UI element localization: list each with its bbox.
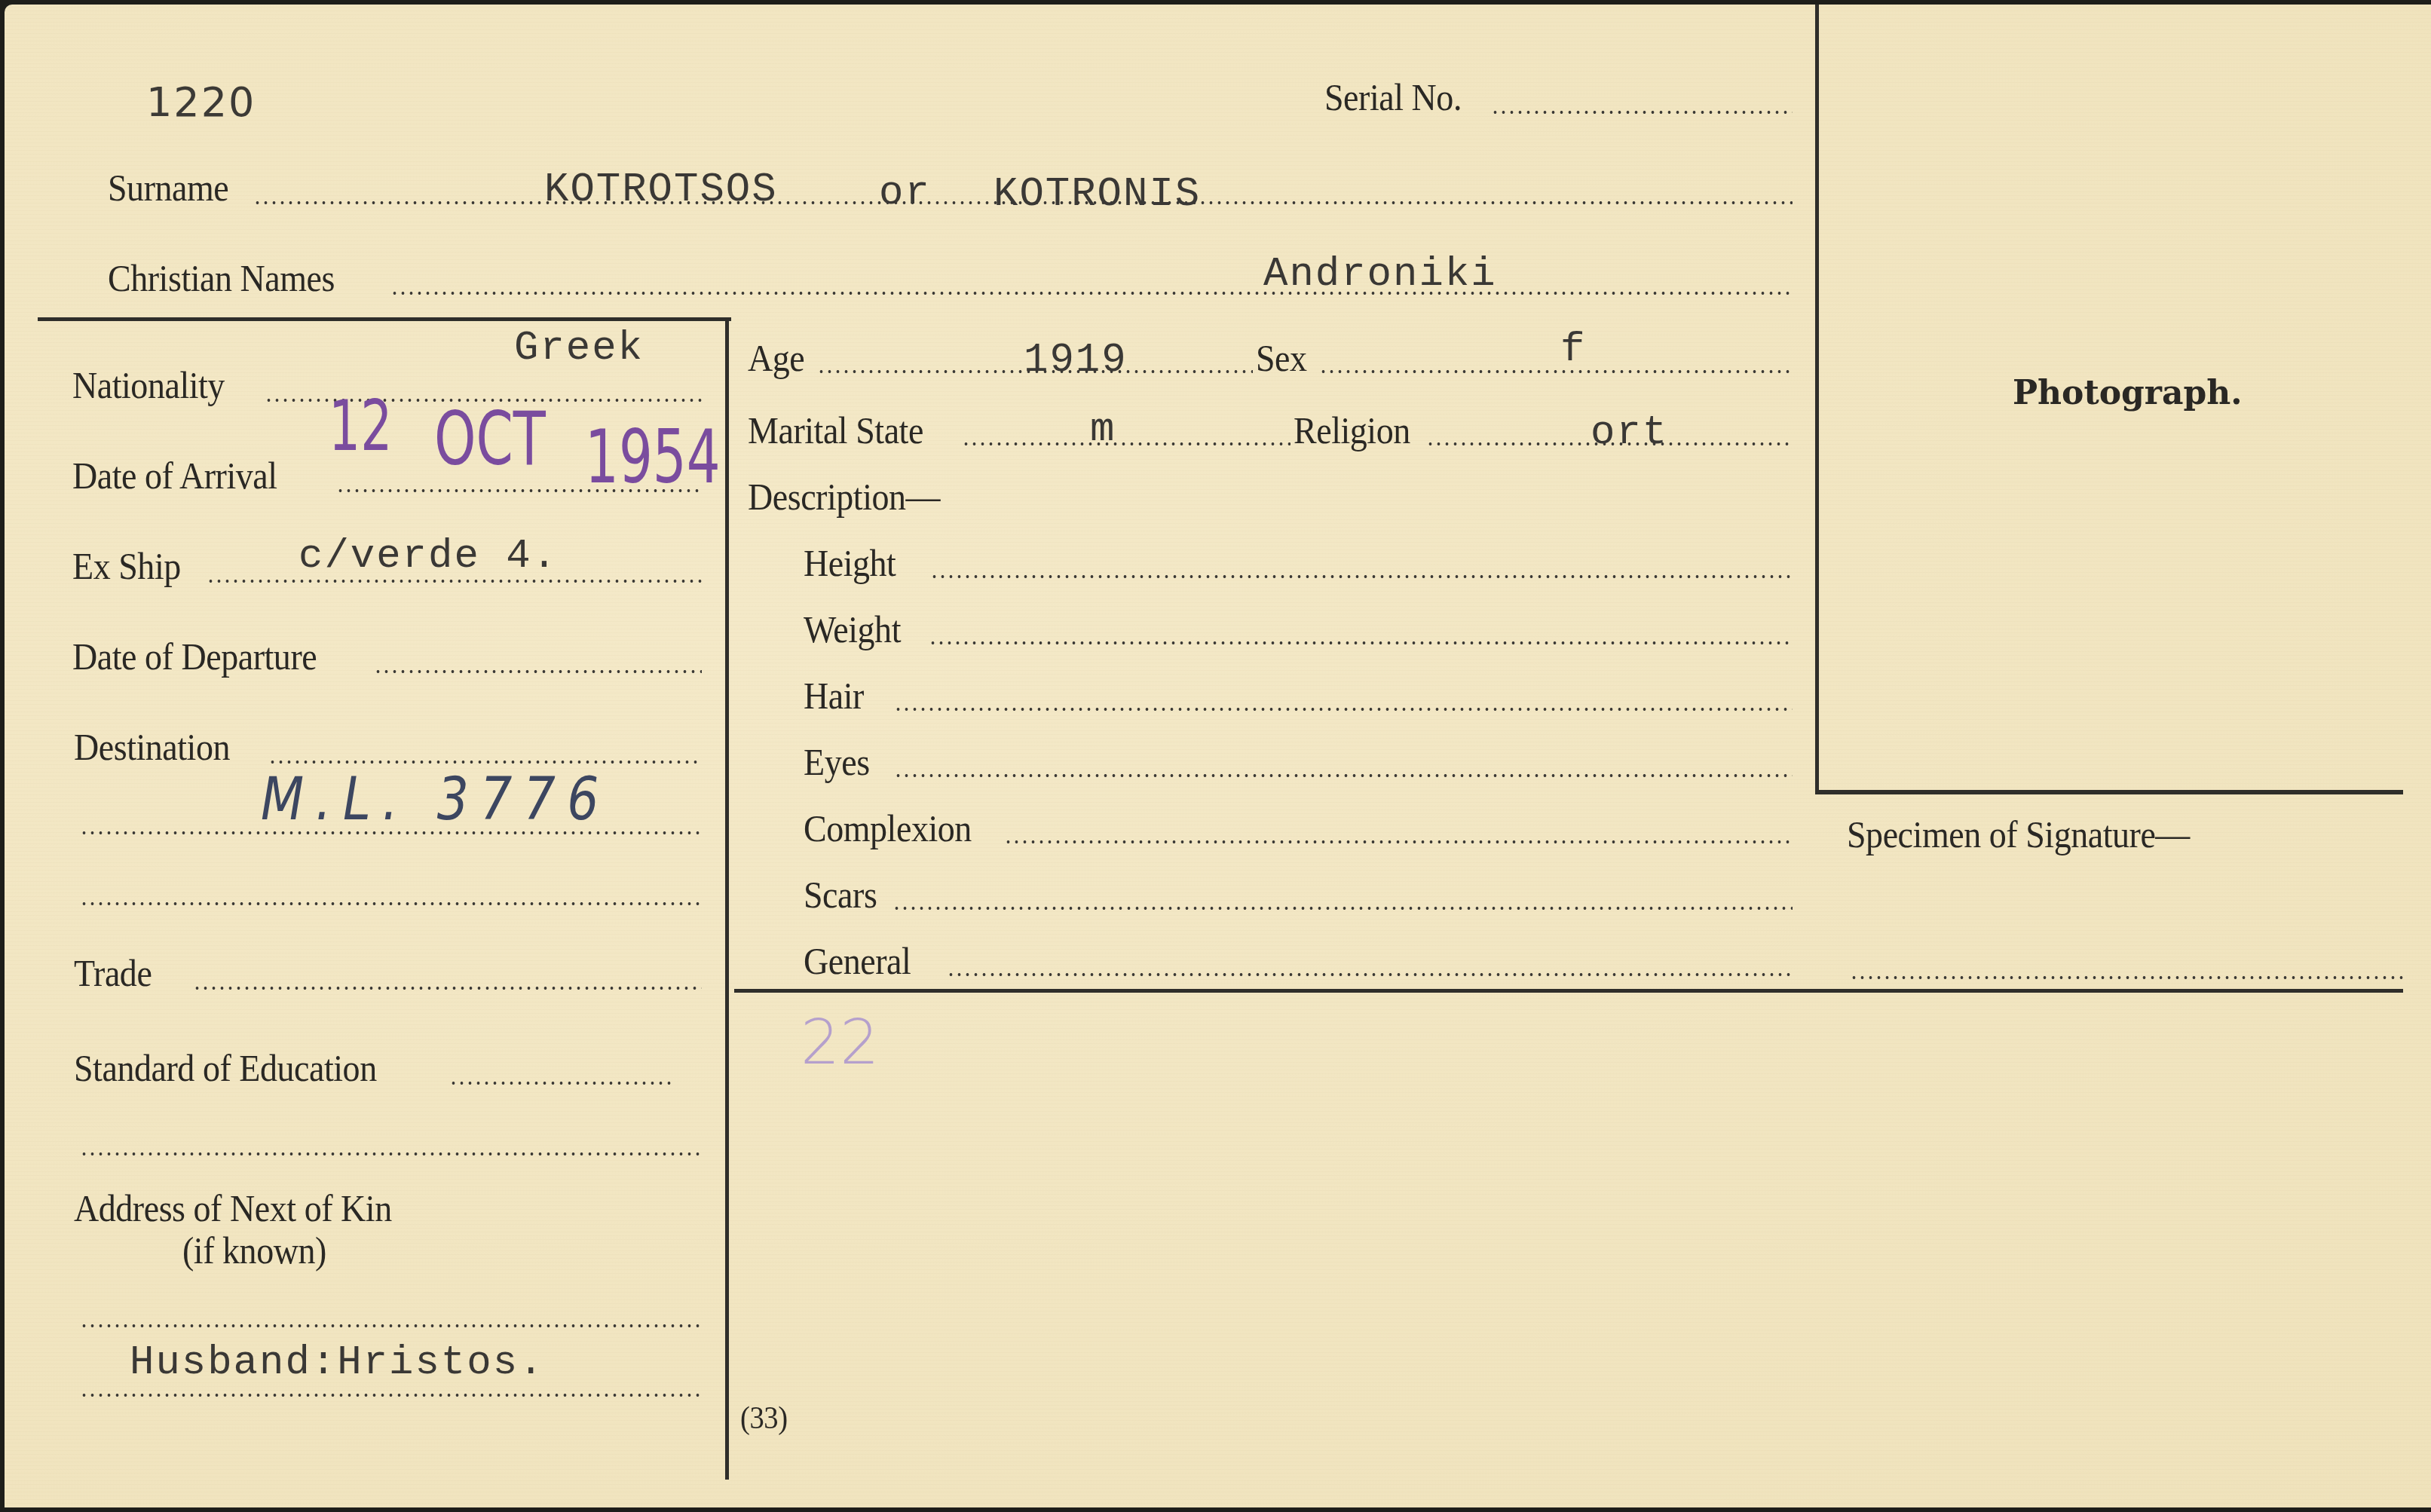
destination-value: M.L. 3776 [261,766,611,834]
photo-box-left-border [1815,5,1819,793]
christian-names-label: Christian Names [108,256,335,300]
trade-field[interactable] [193,986,702,990]
serial-no-field[interactable] [1491,110,1793,115]
ex-ship-label: Ex Ship [72,544,181,588]
destination-field-line-2[interactable] [80,831,702,835]
christian-names-value: Androniki [1263,252,1497,298]
marital-state-label: Marital State [748,409,923,452]
nationality-label: Nationality [72,363,225,407]
general-field[interactable] [947,972,1793,977]
age-value: 1919 [1024,338,1128,384]
sex-label: Sex [1256,336,1307,380]
pencil-note: 22 [801,1007,879,1079]
christian-names-field[interactable] [390,291,1793,295]
sex-field[interactable] [1319,369,1793,374]
photograph-label: Photograph. [2013,374,2243,412]
height-field[interactable] [930,574,1793,579]
description-label: Description— [748,475,940,519]
ex-ship-value: c/verde 4. [299,534,558,580]
general-label: General [804,939,911,983]
serial-no-label: Serial No. [1324,75,1462,119]
destination-field[interactable] [268,760,702,764]
eyes-field[interactable] [894,773,1793,778]
destination-field-line-3[interactable] [80,901,702,906]
marital-state-field[interactable] [962,442,1291,446]
complexion-field[interactable] [1004,840,1793,844]
left-box-top-border [38,317,731,321]
stamp-day: 12 [329,386,392,467]
description-bottom-rule [734,989,2403,993]
next-of-kin-field[interactable] [80,1324,702,1328]
form-number: (33) [740,1400,788,1437]
scars-label: Scars [804,873,877,917]
date-of-arrival-label: Date of Arrival [72,454,277,497]
signature-field[interactable] [1850,975,2403,980]
standard-of-education-field-line-2[interactable] [80,1152,702,1156]
complexion-label: Complexion [804,807,972,850]
height-label: Height [804,541,896,585]
standard-of-education-label: Standard of Education [74,1046,377,1090]
date-of-departure-field[interactable] [374,669,702,674]
hair-label: Hair [804,674,864,718]
surname-label: Surname [108,166,228,210]
nationality-value: Greek [514,326,644,372]
hair-field[interactable] [894,707,1793,712]
trade-label: Trade [74,951,152,995]
destination-label: Destination [74,725,230,769]
age-label: Age [748,336,804,380]
marital-state-value: m [1090,407,1116,453]
left-box-divider [725,317,729,1480]
next-of-kin-value: Husband:Hristos. [130,1340,544,1386]
date-of-departure-label: Date of Departure [72,635,317,678]
stamp-year: 1954 [585,415,721,500]
sex-value: f [1560,327,1586,373]
eyes-label: Eyes [804,740,870,784]
surname-alt-value: KOTRONIS [994,172,1201,218]
surname-value: KOTROTSOS [544,167,778,213]
photo-box-bottom-border [1815,790,2403,794]
date-received-stamp: 12 OCT 1954 [329,386,721,491]
weight-label: Weight [804,608,901,651]
signature-label: Specimen of Signature— [1847,813,2190,856]
stamp-month: OCT [434,396,546,482]
weight-field[interactable] [929,641,1793,645]
scars-field[interactable] [892,906,1793,911]
standard-of-education-field[interactable] [449,1081,675,1085]
next-of-kin-field-line-2[interactable] [80,1393,702,1397]
next-of-kin-sublabel: (if known) [182,1229,326,1272]
record-number: 1220 [146,78,256,126]
immigration-record-card: 1220 Serial No. Surname KOTROTSOS or KOT… [5,5,2431,1507]
religion-value: ort [1591,410,1668,456]
next-of-kin-label: Address of Next of Kin [74,1186,392,1230]
surname-connector: or [879,170,931,216]
religion-label: Religion [1294,409,1410,452]
